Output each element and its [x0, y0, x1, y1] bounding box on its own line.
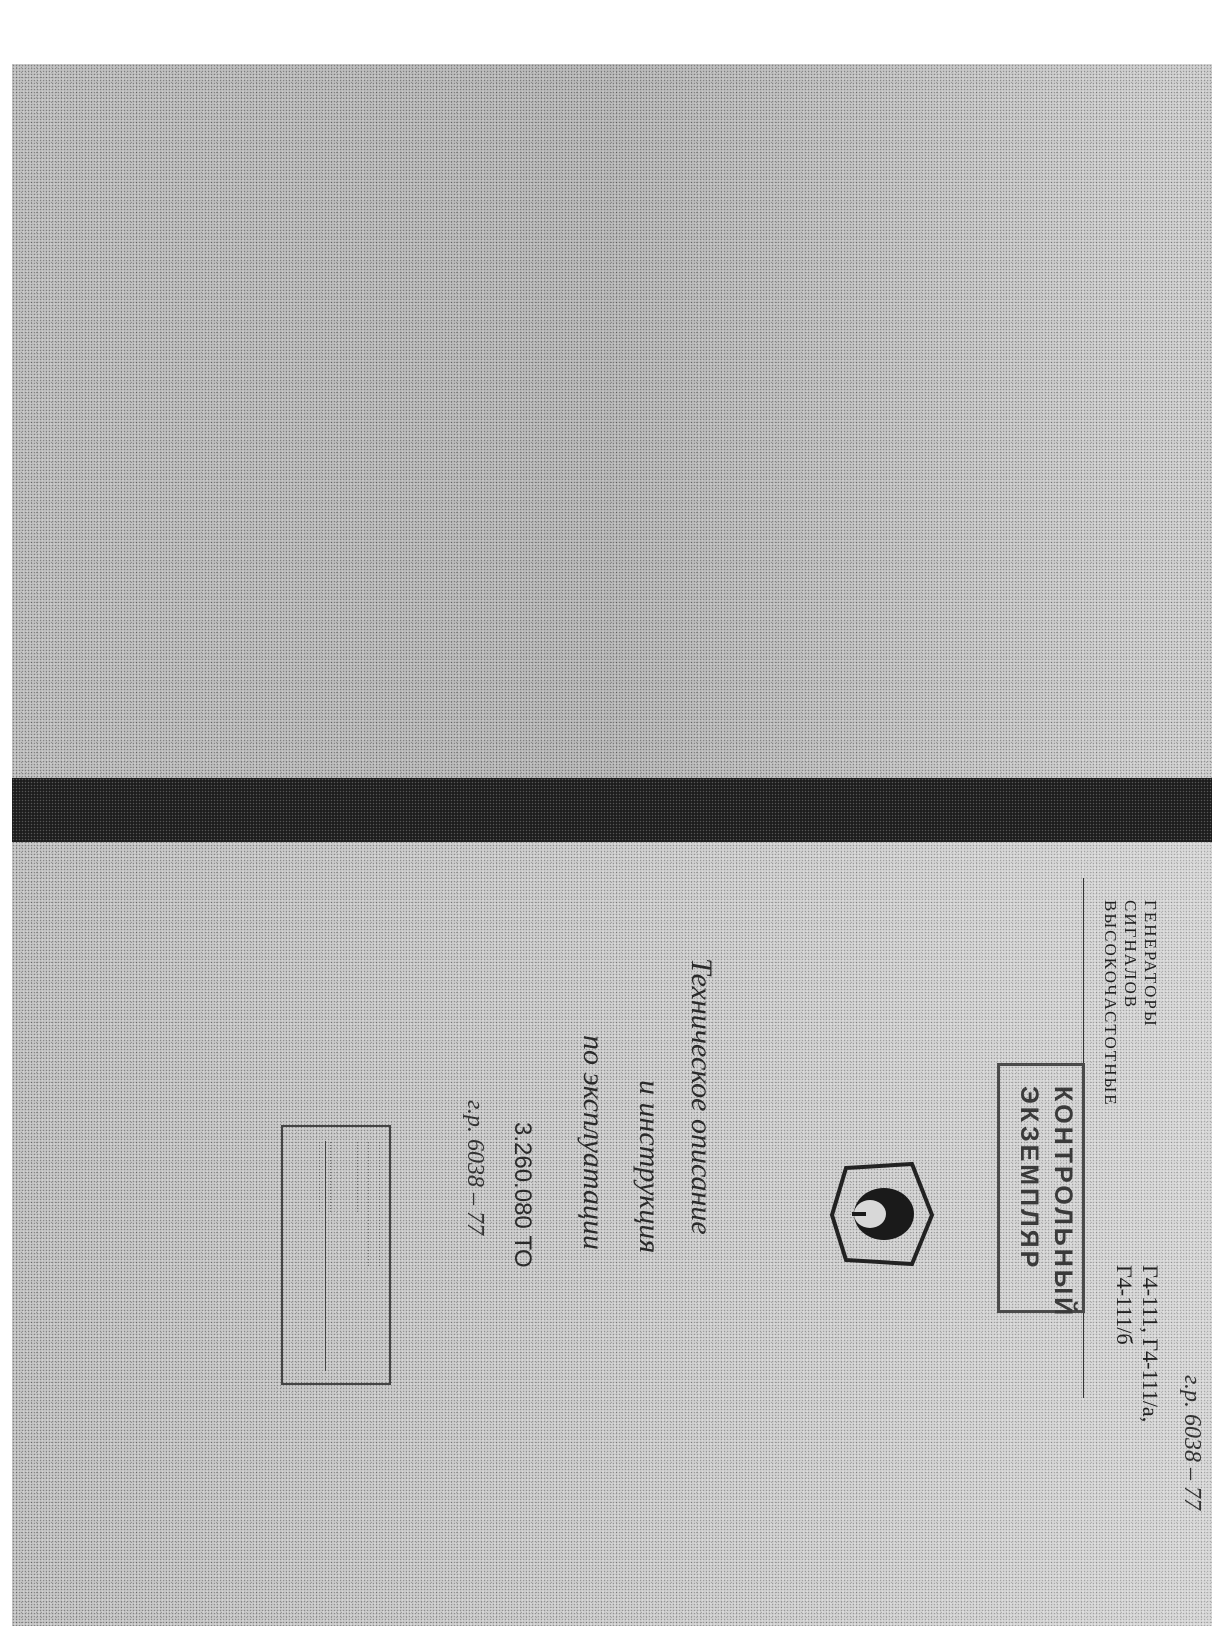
- category-line-1: ГЕНЕРАТОРЫ: [1140, 900, 1160, 1107]
- small-stamp-line: ……………………………………: [365, 1141, 376, 1267]
- title-line-1: Техническое описание: [684, 958, 718, 1235]
- back-cover: [12, 64, 1212, 778]
- handwritten-reg-top: г.р. 6038 – 77: [1178, 1375, 1205, 1510]
- control-copy-stamp: КОНТРОЛЬНЫЙ ЭКЗЕМПЛЯР: [997, 1063, 1085, 1313]
- scanned-page: [12, 64, 1212, 1626]
- small-stamp-box: …………………………………… …………………………………… …………………… ……: [281, 1125, 391, 1385]
- stamp-text: КОНТРОЛЬНЫЙ ЭКЗЕМПЛЯР: [1012, 1086, 1080, 1318]
- small-stamp-line: ……………………………………: [376, 1141, 387, 1267]
- model-line-1: Г4-111, Г4-111/а,: [1138, 1265, 1162, 1422]
- stamp-line-1: КОНТРОЛЬНЫЙ: [1046, 1086, 1080, 1318]
- stamp-line-2: ЭКЗЕМПЛЯР: [1012, 1086, 1046, 1318]
- handwritten-reg-bottom: г.р. 6038 – 77: [461, 1100, 488, 1235]
- title-line-2: и инструкция: [632, 1080, 666, 1253]
- header-category: ГЕНЕРАТОРЫ СИГНАЛОВ ВЫСОКОЧАСТОТНЫЕ: [1100, 900, 1160, 1107]
- title-line-3: по эксплуатации: [576, 1035, 610, 1250]
- small-stamp-line: ……………………: [316, 1141, 327, 1267]
- spine-band: [12, 778, 1212, 842]
- category-line-3: ВЫСОКОЧАСТОТНЫЕ: [1100, 900, 1120, 1107]
- category-line-2: СИГНАЛОВ: [1120, 900, 1140, 1107]
- small-stamp-line: ……………………: [327, 1141, 338, 1267]
- model-line-2: Г4-111/б: [1112, 1265, 1136, 1345]
- small-stamp-line: ……………………: [354, 1141, 365, 1267]
- document-number: 3.260.080 ТО: [508, 1122, 536, 1268]
- small-stamp-text: …………………………………… …………………………………… …………………… ……: [316, 1141, 387, 1267]
- quality-mark-logo-icon: [826, 1160, 936, 1270]
